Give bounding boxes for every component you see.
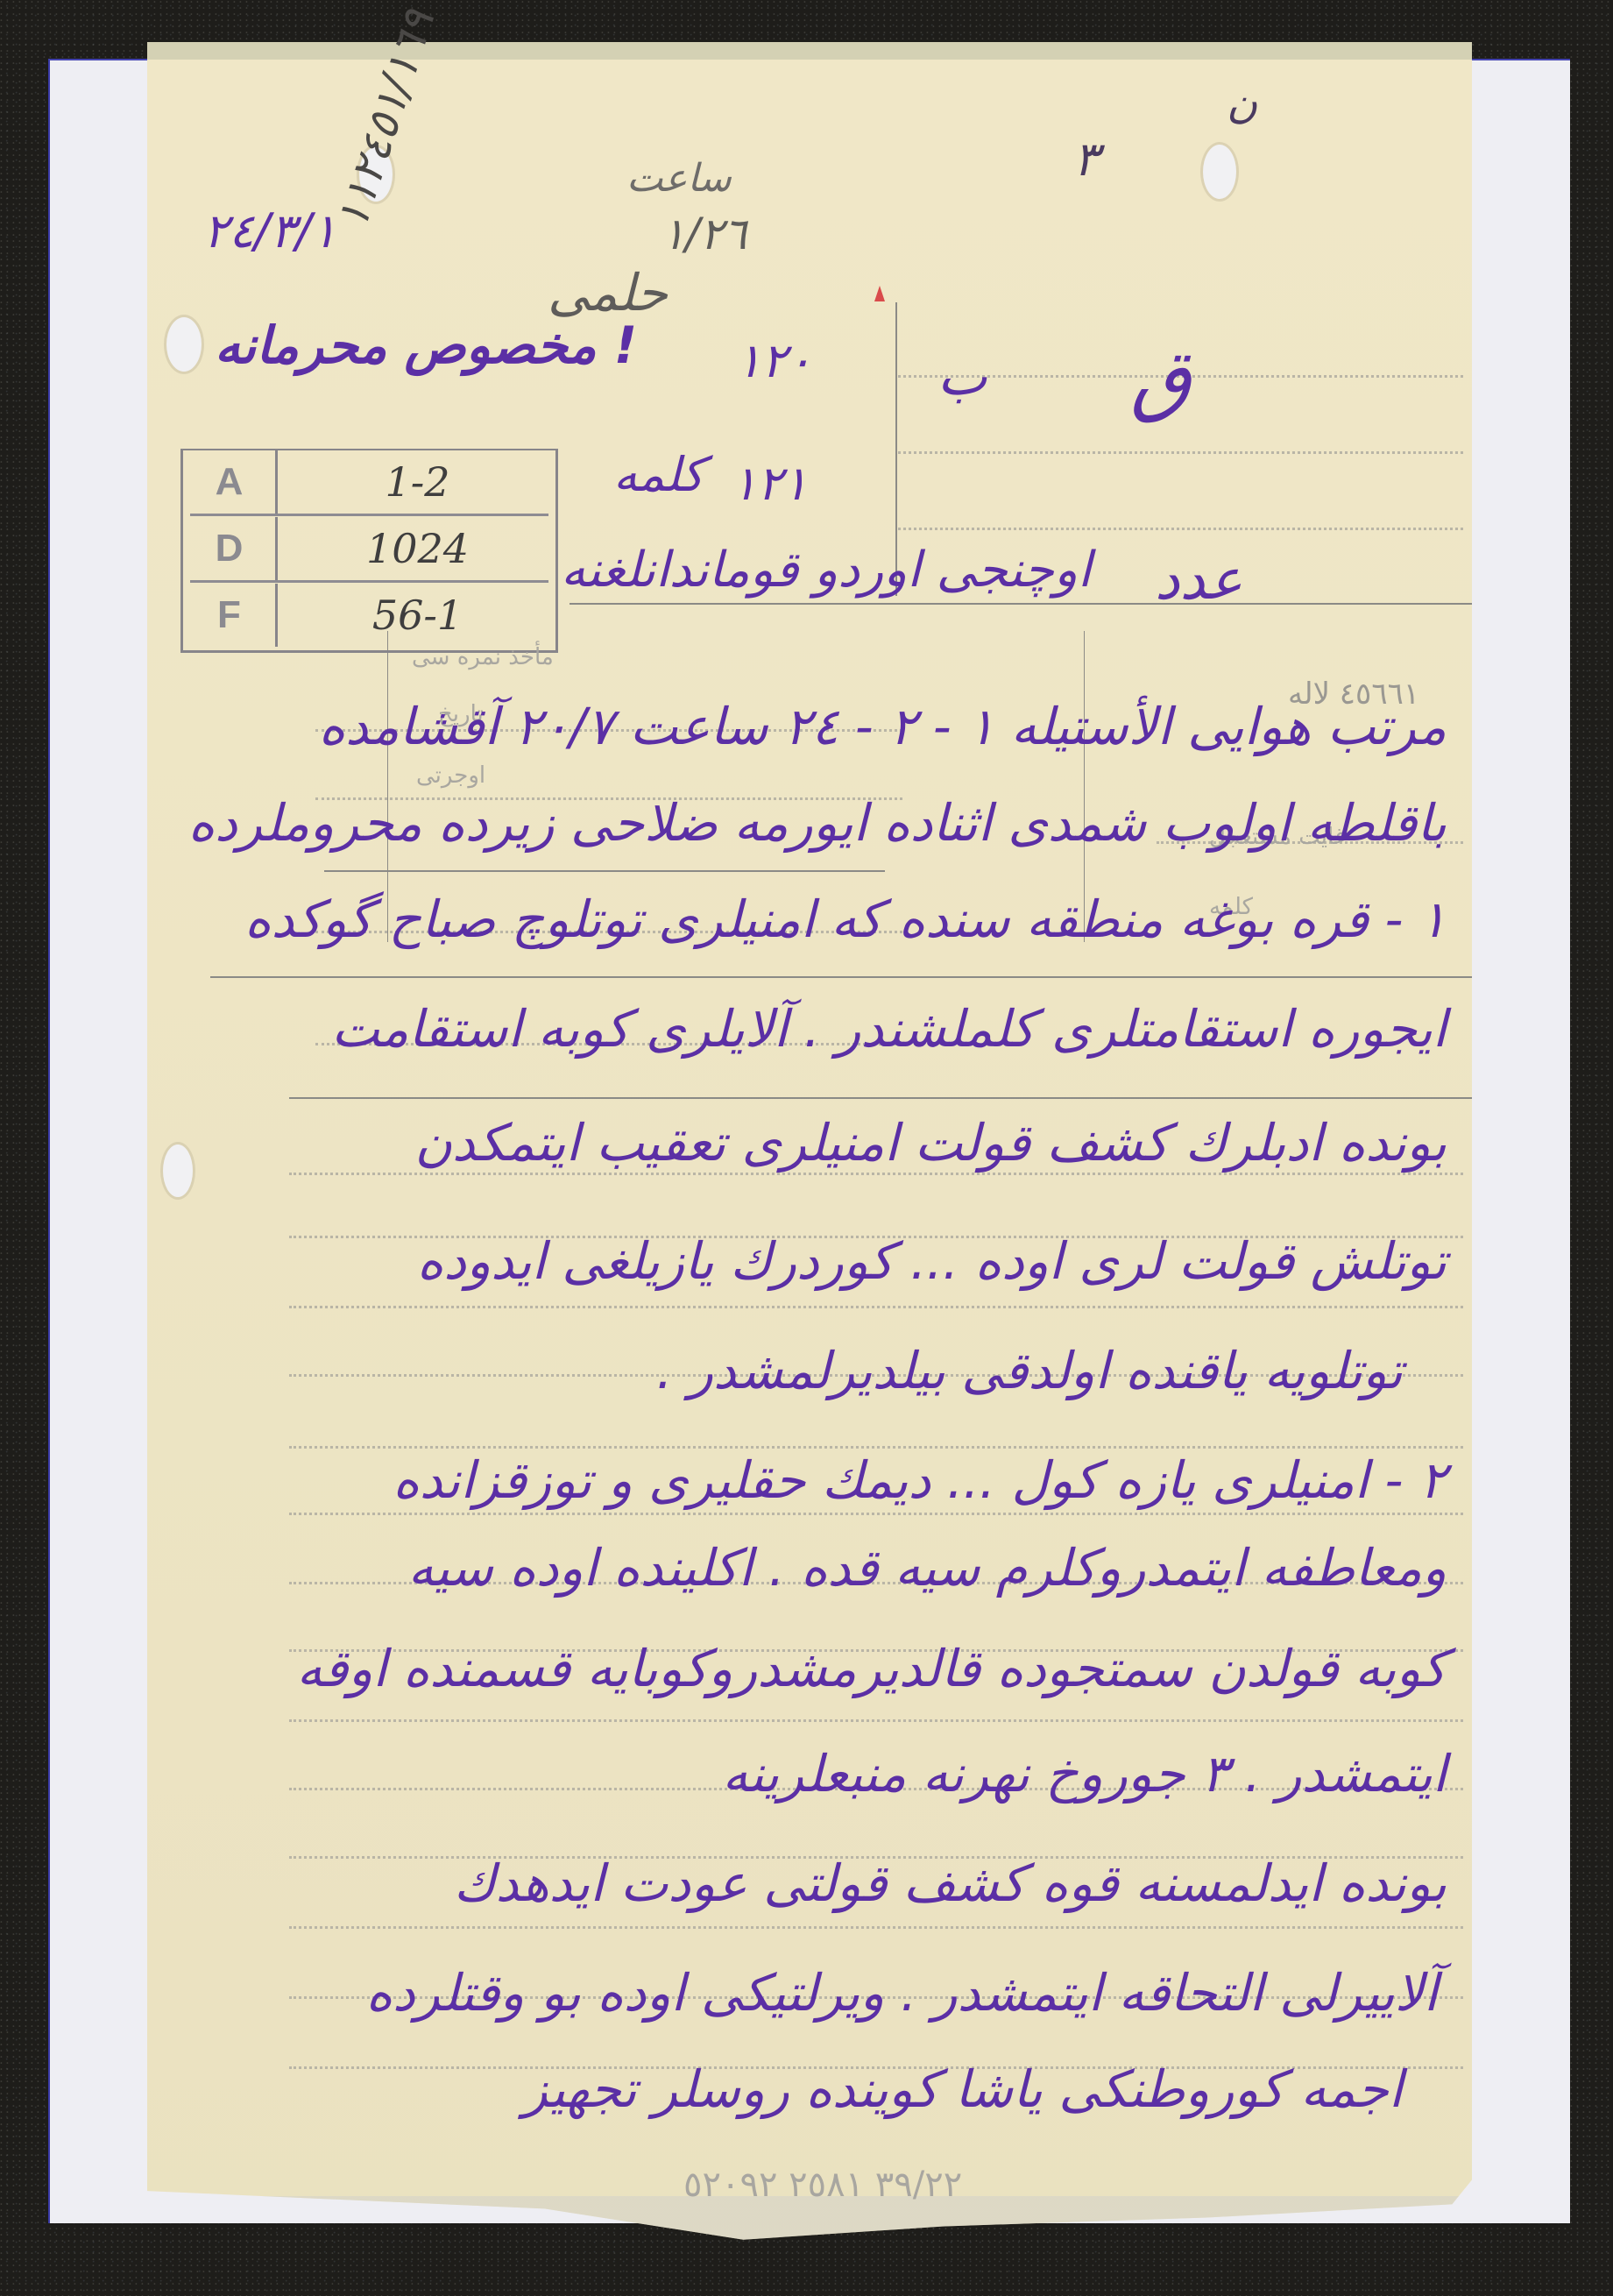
form-dotted-line <box>289 1446 1463 1449</box>
punch-hole <box>166 317 202 372</box>
word-count-label: كلمه <box>613 447 704 502</box>
tape-strip <box>147 42 1472 60</box>
preprinted-label: اوجرتى <box>416 762 485 789</box>
body-line: ١ - قره بوغه منطقه سنده كه امنيلرى توتلو… <box>244 889 1447 949</box>
form-rule <box>289 1097 1472 1099</box>
message-number: ١٢٠ <box>736 333 812 388</box>
body-line: آلاييرلى التحاقه ايتمشدر . ويرلتيكى اوده… <box>366 1963 1438 2023</box>
stamp-value: 1-2 <box>288 450 547 514</box>
word-count-value: ١٢١ <box>732 456 808 511</box>
form-dotted-line <box>289 1173 1463 1175</box>
pencil-hour-value: ١/٢٦ <box>661 209 746 259</box>
punch-hole <box>163 1144 193 1197</box>
to-label: عدد <box>1155 548 1242 613</box>
stamp-key: D <box>183 517 278 580</box>
corner-mark: ن <box>1227 79 1257 128</box>
body-line: ٢ - امنيلرى يازه كول ... ديمك حقليرى و ت… <box>393 1450 1447 1510</box>
body-line: مرتب هوايى الأستيله ١ - ٢ - ٢٤ ساعت ٢٠/٧… <box>319 697 1447 756</box>
body-line: ايجوره استقامتلرى كلملشندر . آلايلرى كوب… <box>331 999 1447 1059</box>
body-line: توتلش قولت لرى اوده ... كوردرك يازيلغى ا… <box>417 1231 1447 1291</box>
stamp-divider <box>190 514 548 516</box>
stamp-key: F <box>183 584 278 647</box>
body-line: بونده ادبلرك كشف قولت امنيلرى تعقيب ايتم… <box>414 1113 1447 1173</box>
preprinted-label: مأخذ نمره سى <box>412 644 554 670</box>
body-line: كوبه قولدن سمتجوده قالديرمشدروكوبايه قسم… <box>297 1639 1447 1698</box>
pencil-hour-label: ساعت <box>626 156 732 201</box>
form-rule <box>570 603 1472 605</box>
body-line: باقلطه اولوب شمدى اثناده ايورمه ضلاحى زي… <box>188 793 1447 853</box>
form-dotted-line <box>898 451 1463 454</box>
receiver-fragment: ق <box>1130 333 1192 425</box>
form-dotted-line <box>898 528 1463 530</box>
stamp-row-d: D 1024 <box>183 517 555 580</box>
sender-note: ! مخصوص محرمانه <box>215 315 637 375</box>
body-line: اجمه كوروطنكى ياشا كوينده روسلر تجهيز <box>523 2059 1403 2119</box>
form-dotted-line <box>289 1719 1463 1722</box>
stamp-key: A <box>183 450 278 514</box>
form-dotted-line <box>289 1513 1463 1515</box>
form-dotted-line <box>289 1926 1463 1929</box>
stamp-value: 1024 <box>288 517 547 580</box>
stamp-divider <box>190 580 548 583</box>
form-dotted-line <box>289 1306 1463 1308</box>
stamp-row-a: A 1-2 <box>183 450 555 514</box>
form-rule <box>324 870 885 872</box>
sheet-number: ٣ <box>1073 131 1099 187</box>
to-value: اوچنجى اوردو قوماندانلغنه <box>561 542 1092 599</box>
punch-hole <box>1203 145 1236 199</box>
form-rule <box>210 976 1472 978</box>
date: ٢٤/٣/١ <box>203 203 336 259</box>
red-corner-mark <box>874 286 885 301</box>
stamp-row-f: F 56-1 <box>183 584 555 647</box>
body-line: ايتمشدر . ٣ جوروخ نهرنه منبعلرينه <box>722 1744 1447 1803</box>
body-line: توتلويه ياقنده اولدقى بيلديرلمشدر . <box>656 1341 1403 1400</box>
receiver-prefix: ب <box>937 346 987 407</box>
stamp-value: 56-1 <box>288 584 547 647</box>
archive-stamp: A 1-2 D 1024 F 56-1 <box>180 449 558 653</box>
body-line: بونده ايدلمسنه قوه كشف قولتى عودت ايدهدك <box>454 1853 1447 1913</box>
body-line: ومعاطفه ايتمدروكلرم سيه قده . اكلينده او… <box>408 1538 1447 1598</box>
bottom-pencil-reference: ٣٩/٢٢ ٢٥٨١ ٥٢٠٩٢ <box>683 2165 962 2205</box>
pencil-signature: حلمى <box>548 263 668 322</box>
